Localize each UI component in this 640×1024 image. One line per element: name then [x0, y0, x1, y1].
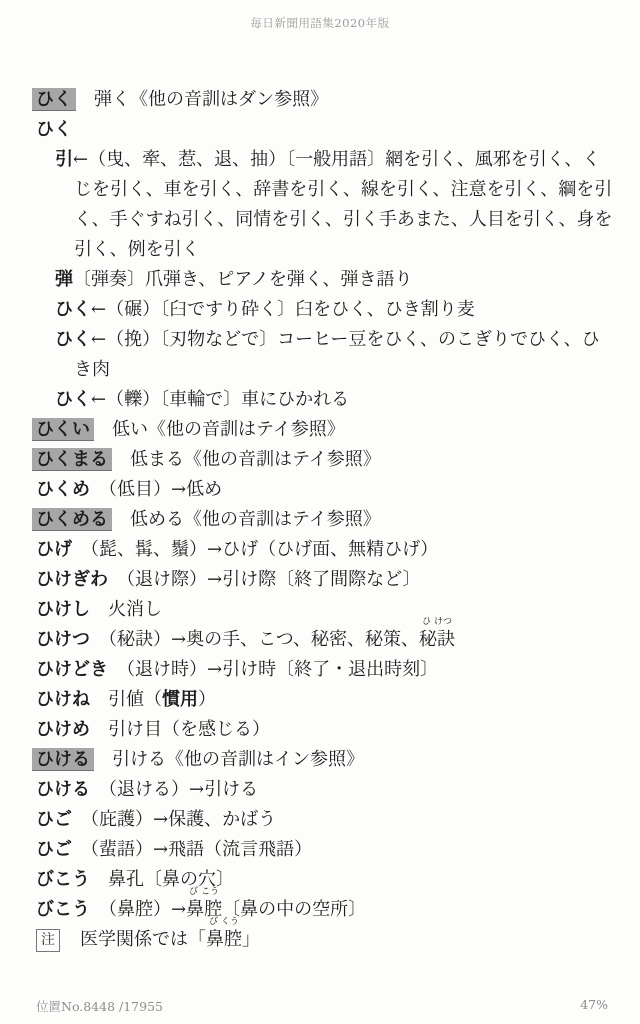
definition-text: 引く、例を引く	[74, 239, 200, 260]
entry-line: ひけぎわ （退け際）→引け際〔終了間際など〕	[36, 565, 611, 595]
headword: ひく	[55, 329, 91, 350]
definition-text: ←（曳、牽、惹、退、抽）〔一般用語〕網を引く、風邪を引く、く	[73, 149, 600, 170]
definition-text: （退け際）→引け際〔終了間際など〕	[108, 569, 420, 590]
entry-line: びこう （鼻腔）→び こう鼻腔〔鼻の中の空所〕	[36, 895, 611, 925]
headword: びこう	[36, 899, 90, 920]
definition-text: （退け時）→引け時〔終了・退出時刻〕	[108, 659, 438, 680]
headword: ひける	[36, 779, 90, 800]
definition-text: じを引く、車を引く、辞書を引く、線を引く、注意を引く、綱を引	[74, 179, 612, 200]
headword: ひくめ	[36, 479, 90, 500]
entry-line: ひけめ 引け目（を感じる）	[36, 715, 611, 745]
entry-line: ひける 引ける《他の音訓はイン参照》	[36, 745, 611, 775]
definition-text: 〔鼻の中の空所〕	[222, 899, 366, 920]
definition-text: 低める《他の音訓はテイ参照》	[112, 509, 381, 530]
headword: びこう	[36, 869, 90, 890]
headword: ひご	[36, 809, 72, 830]
entry-line: 注 医学関係では「び くう鼻腔」	[36, 925, 611, 955]
headword: ひけどき	[36, 659, 108, 680]
note-badge: 注	[36, 929, 60, 952]
headword: ひく	[36, 119, 72, 140]
definition-text: （低目）→低め	[90, 479, 222, 500]
entry-line: ひくめる 低める《他の音訓はテイ参照》	[36, 505, 611, 535]
definition-text: （鼻腔）→	[90, 899, 186, 920]
entry-line: ひけつ （秘訣）→奥の手、こつ、秘密、秘策、ひ けつ秘訣	[36, 625, 611, 655]
entry-line: ひく	[36, 115, 611, 145]
headword-highlighted: ひくい	[32, 418, 94, 441]
entry-line: 引く、例を引く	[36, 235, 611, 265]
progress-percent: 47%	[580, 997, 608, 1015]
definition-text: 〔弾奏〕爪弾き、ピアノを弾く、弾き語り	[73, 269, 412, 290]
page-content: ひく 弾く《他の音訓はダン参照》ひく引←（曳、牽、惹、退、抽）〔一般用語〕網を引…	[36, 85, 611, 955]
headword: ひけし	[36, 599, 90, 620]
definition-text: ←（碾）〔臼ですり砕く〕臼をひく、ひき割り麦	[91, 299, 475, 320]
entry-line: 引←（曳、牽、惹、退、抽）〔一般用語〕網を引く、風邪を引く、く	[36, 145, 611, 175]
entry-line: 弾〔弾奏〕爪弾き、ピアノを弾く、弾き語り	[36, 265, 611, 295]
headword: ひご	[36, 839, 72, 860]
definition-text: く、手ぐすね引く、同情を引く、引く手あまた、人目を引く、身を	[74, 209, 613, 230]
headword-highlighted: ひくめる	[32, 508, 112, 531]
entry-line: ひくまる 低まる《他の音訓はテイ参照》	[36, 445, 611, 475]
headword: ひけめ	[36, 719, 90, 740]
reader-page[interactable]: 毎日新聞用語集2020年版 ひく 弾く《他の音訓はダン参照》ひく引←（曳、牽、惹…	[0, 0, 640, 1024]
headword-highlighted: ひける	[32, 748, 94, 771]
entry-line: ひくめ （低目）→低め	[36, 475, 611, 505]
entry-line: ひげ （髭、髯、鬚）→ひげ（ひげ面、無精ひげ）	[36, 535, 611, 565]
definition-text: 引け目（を感じる）	[90, 719, 270, 740]
book-title-header: 毎日新聞用語集2020年版	[0, 15, 640, 31]
entry-line: びこう 鼻孔〔鼻の穴〕	[36, 865, 611, 895]
ruby-text: び こう	[189, 888, 219, 897]
definition-text: び くう鼻腔	[206, 925, 242, 955]
definition-text: ←（轢）〔車輪で〕車にひかれる	[91, 389, 349, 410]
entry-line: ひけし 火消し	[36, 595, 611, 625]
definition-text: （秘訣）→奥の手、こつ、秘密、秘策、	[90, 629, 419, 650]
entry-line: く、手ぐすね引く、同情を引く、引く手あまた、人目を引く、身を	[36, 205, 611, 235]
entry-line: ひけどき （退け時）→引け時〔終了・退出時刻〕	[36, 655, 611, 685]
headword-highlighted: ひく	[32, 88, 76, 111]
reader-footer: 位置No.8448 /17955 47%	[36, 997, 608, 1015]
definition-text: 医学関係では「	[62, 929, 206, 950]
entry-line: ひく←（挽）〔刃物などで〕コーヒー豆をひく、のこぎりでひく、ひ	[36, 325, 611, 355]
definition-text: 低い《他の音訓はテイ参照》	[94, 419, 345, 440]
entry-line: ひく←（碾）〔臼ですり砕く〕臼をひく、ひき割り麦	[36, 295, 611, 325]
definition-text: 火消し	[90, 599, 162, 620]
headword: ひけね	[36, 689, 90, 710]
definition-text: ）	[198, 689, 216, 710]
entry-line: ひご （庇護）→保護、かばう	[36, 805, 611, 835]
ruby-text: ひ けつ	[422, 618, 452, 627]
headword: ひく	[55, 389, 91, 410]
headword: ひけつ	[36, 629, 90, 650]
entry-line: ひく←（轢）〔車輪で〕車にひかれる	[36, 385, 611, 415]
ruby-text: び くう	[209, 918, 239, 927]
entry-line: ひけね 引値（慣用）	[36, 685, 611, 715]
entry-line: じを引く、車を引く、辞書を引く、線を引く、注意を引く、綱を引	[36, 175, 611, 205]
definition-text: （髭、髯、鬚）→ひげ（ひげ面、無精ひげ）	[72, 539, 438, 560]
definition-text: （庇護）→保護、かばう	[72, 809, 276, 830]
definition-text: 引ける《他の音訓はイン参照》	[94, 749, 364, 770]
definition-text: 低まる《他の音訓はテイ参照》	[112, 449, 381, 470]
definition-text: 弾く《他の音訓はダン参照》	[76, 89, 328, 110]
definition-text: （退ける）→引ける	[90, 779, 258, 800]
entry-line: ひくい 低い《他の音訓はテイ参照》	[36, 415, 611, 445]
entry-line: ひく 弾く《他の音訓はダン参照》	[36, 85, 611, 115]
entry-line: き肉	[36, 355, 611, 385]
definition-text: 」	[242, 929, 260, 950]
entry-line: ひける （退ける）→引ける	[36, 775, 611, 805]
headword: ひく	[55, 299, 91, 320]
headword-highlighted: ひくまる	[32, 448, 112, 471]
headword: 引	[55, 149, 73, 170]
headword: 弾	[55, 269, 73, 290]
definition-text: ひ けつ秘訣	[419, 625, 455, 655]
definition-text: ←（挽）〔刃物などで〕コーヒー豆をひく、のこぎりでひく、ひ	[91, 329, 600, 350]
definition-text: 引値（	[90, 689, 162, 710]
headword: ひけぎわ	[36, 569, 108, 590]
definition-text: き肉	[74, 359, 110, 380]
headword: ひげ	[36, 539, 72, 560]
entry-line: ひご （蜚語）→飛語（流言飛語）	[36, 835, 611, 865]
definition-text: （蜚語）→飛語（流言飛語）	[72, 839, 312, 860]
location-indicator: 位置No.8448 /17955	[36, 997, 163, 1015]
bold-text: 慣用	[162, 689, 198, 710]
